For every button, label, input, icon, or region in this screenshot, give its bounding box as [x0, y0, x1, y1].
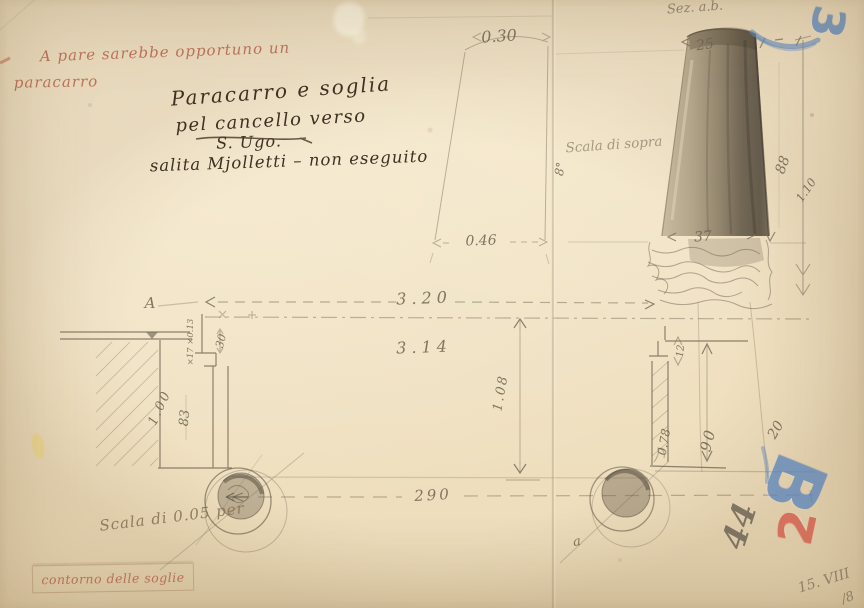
dim-opening-width-top: 3.20 [396, 288, 452, 309]
red-margin-tick [0, 58, 10, 63]
section-drawing [60, 297, 814, 502]
dim-left-post-inner-height: 83 [177, 409, 193, 427]
dim-right-step-width: 12 [675, 344, 687, 358]
dim-opening-width-mid: 3.14 [396, 337, 452, 358]
point-label-A: A [145, 294, 156, 312]
dim-column-base-width: 37 [694, 228, 713, 245]
dim-outline-top-width: 0.30 [481, 25, 518, 46]
dim-column-angle-note: 8° [552, 161, 568, 177]
yellow-smudge [30, 432, 46, 460]
sketch-paper: A pare sarebbe opportuno un paracarro Pa… [0, 0, 864, 608]
dim-left-step-note: ×17 ×0.13 [186, 319, 196, 366]
caption-box: contorno delle soglie [32, 563, 194, 594]
paper-scrape-small [352, 28, 366, 44]
dim-overall-span: 290 [414, 485, 453, 505]
dim-outline-bottom-width: 0.46 [465, 232, 497, 249]
caption-box-label: contorno delle soglie [41, 569, 185, 586]
red-remark-line2: paracarro [14, 72, 99, 91]
dim-column-top-width: 25 [695, 36, 715, 54]
title-line3-struck: S. Ugo. [216, 131, 282, 152]
section-hatching [96, 342, 668, 466]
outline-sketch [430, 33, 550, 264]
bollard-elevation [648, 27, 811, 478]
